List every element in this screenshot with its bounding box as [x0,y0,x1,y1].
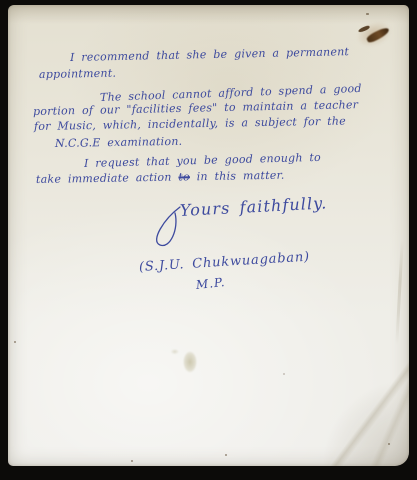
letter-page: I recommend that she be given a permanen… [8,5,409,466]
struck-out-word: to [178,170,190,183]
paper-speck [225,454,227,456]
paper-speck [366,13,369,15]
handwritten-line: for Music, which, incidentally, is a sub… [34,115,346,133]
corrected-line-before: take immediate action [36,171,172,186]
handwritten-line: take immediate action to in this matter. [36,169,285,186]
closing-salutation: Yours faithfully. [180,193,328,220]
signature-title: M.P. [195,275,226,292]
handwritten-line: I request that you be good enough to [84,151,321,170]
handwritten-line: N.C.G.E examination. [55,135,183,150]
photographed-letter: I recommend that she be given a permanen… [0,0,417,480]
paper-crease-corner [314,341,409,466]
paper-crease [395,240,403,345]
paper-speck [14,341,16,343]
signature-name: (S.J.U. Chukwuagaban) [139,250,311,275]
paper-speck [388,443,390,445]
paper-speck [283,373,285,375]
water-stain [166,341,206,379]
paper-speck [131,460,133,462]
handwritten-line: I recommend that she be given a permanen… [70,45,349,64]
handwritten-line: appointment. [39,67,116,81]
corrected-line-after: in this matter. [197,169,285,184]
